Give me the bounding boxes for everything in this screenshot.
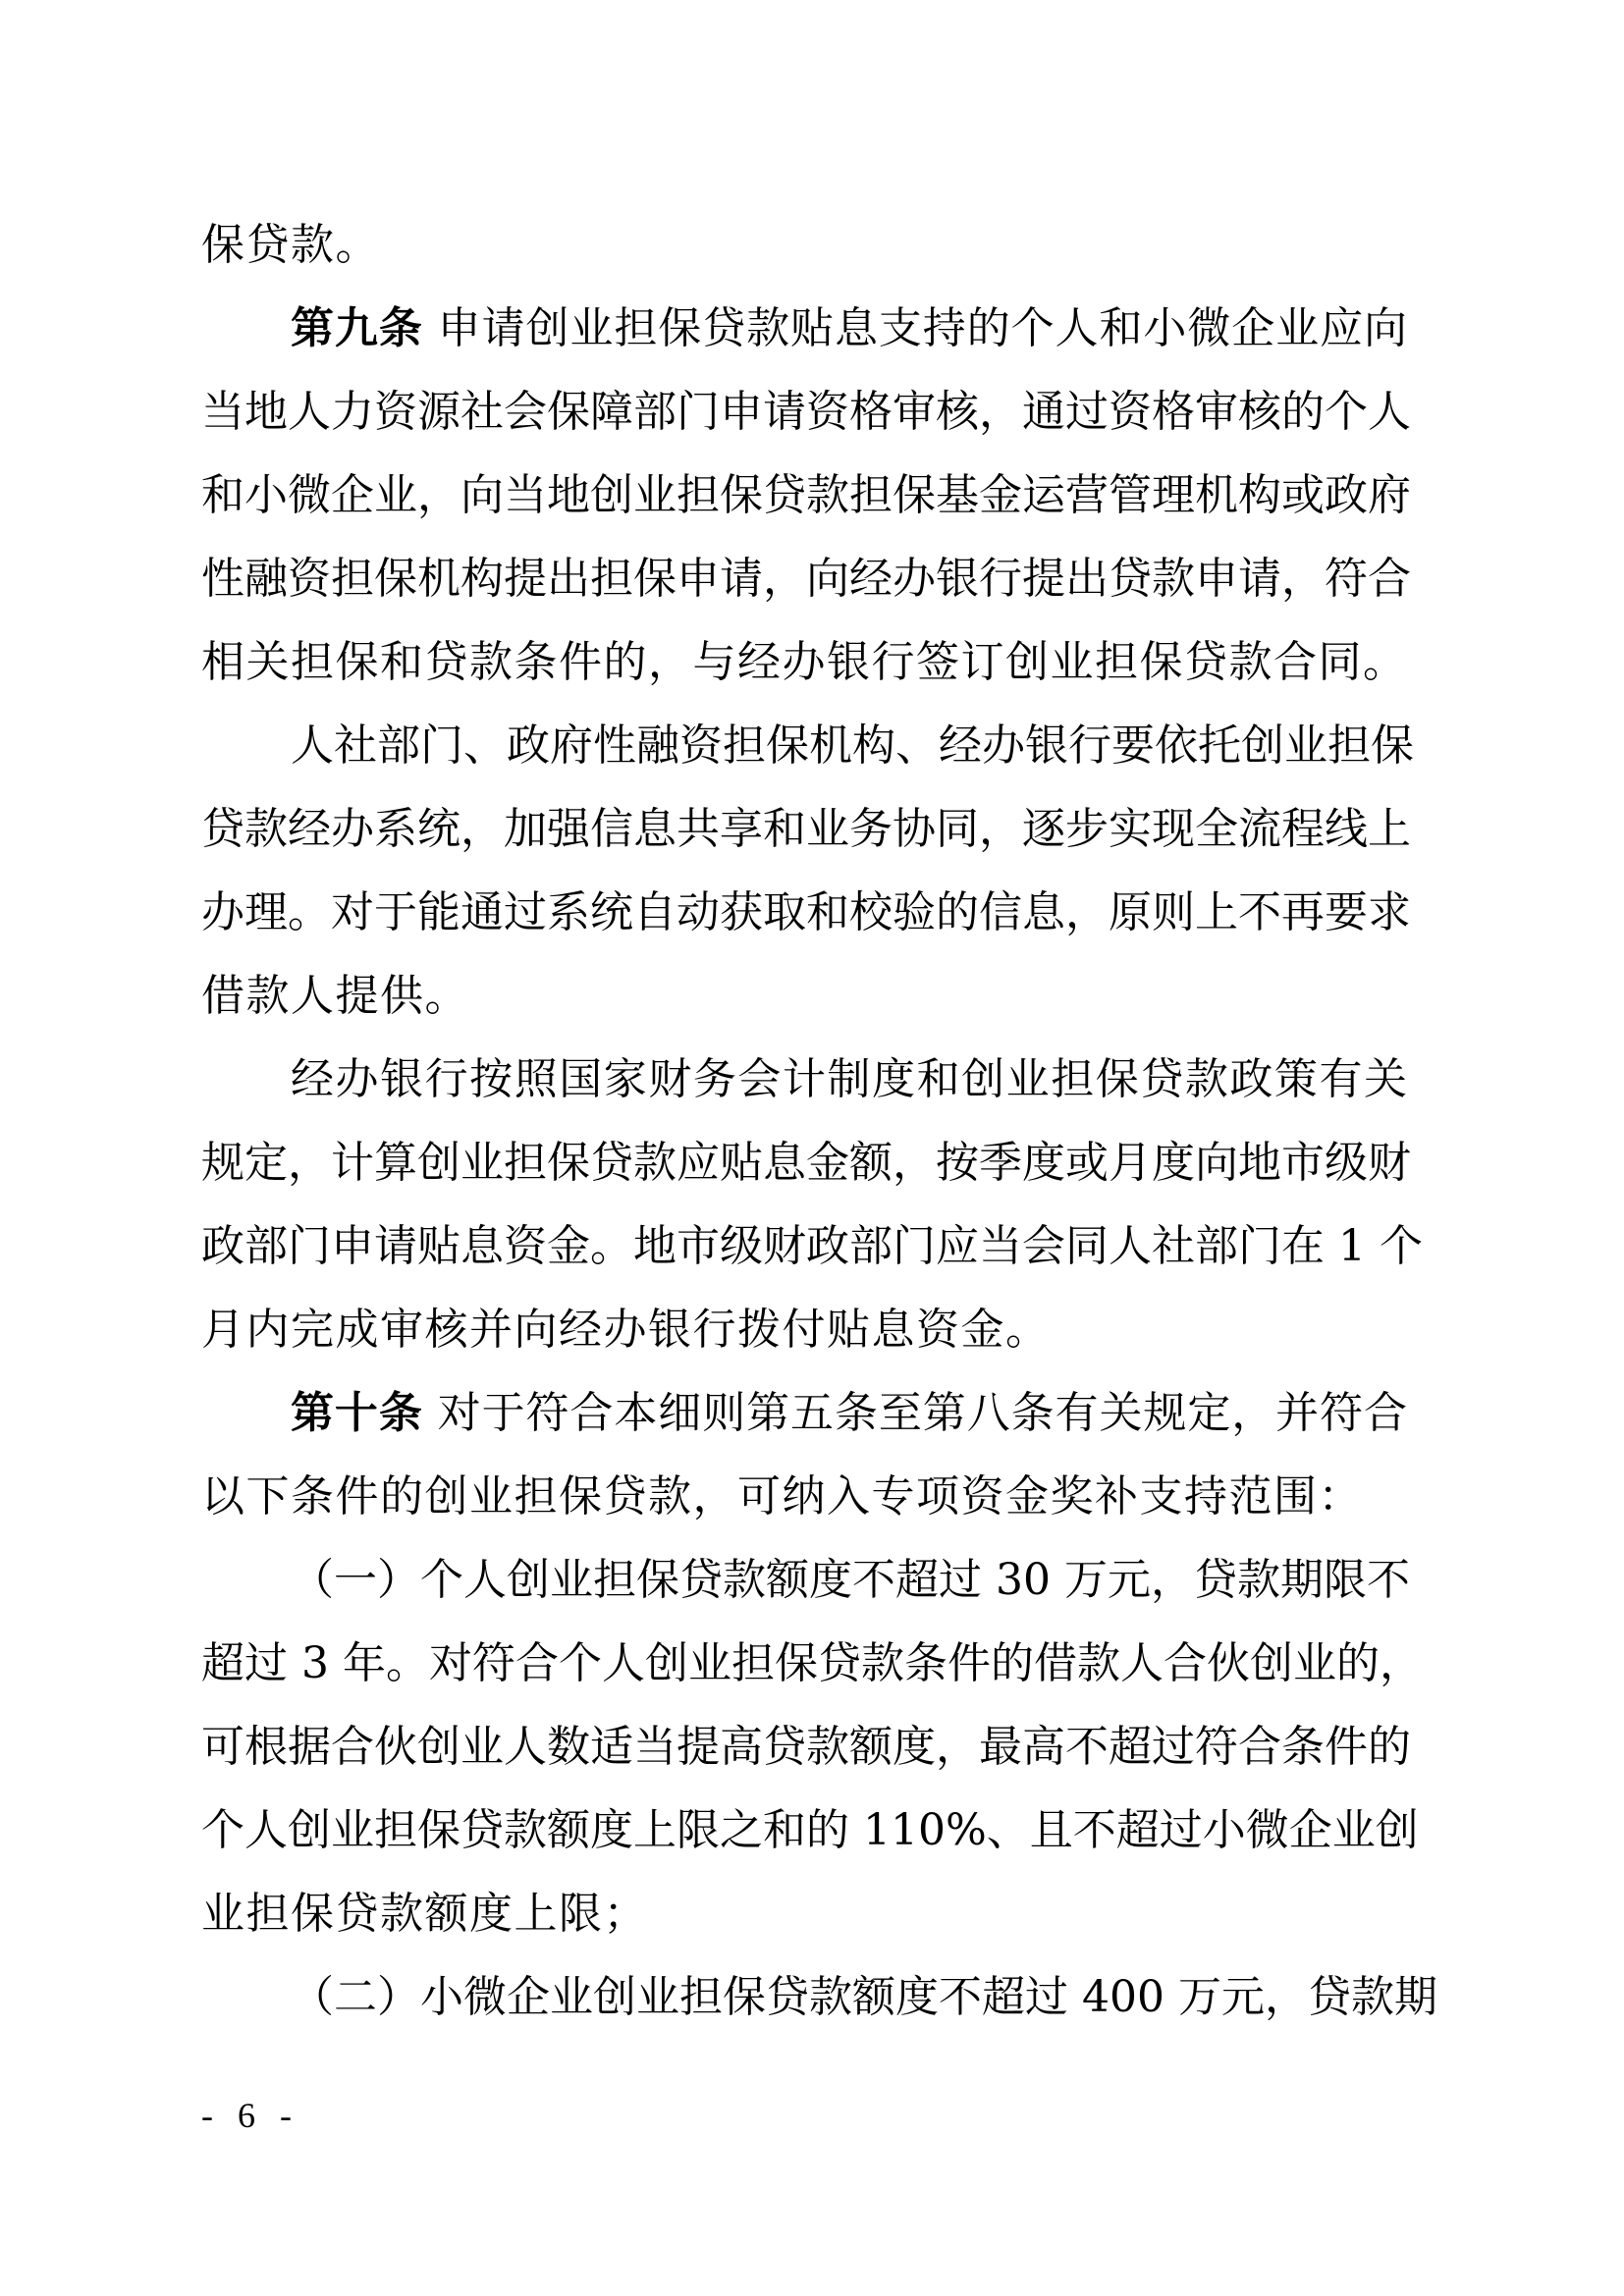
paragraph-line: 贷款经办系统，加强信息共享和业务协同，逐步实现全流程线上 xyxy=(201,800,1407,859)
paragraph-line: 当地人力资源社会保障部门申请资格审核，通过资格审核的个人 xyxy=(201,383,1407,442)
paragraph-line: 和小微企业，向当地创业担保贷款担保基金运营管理机构或政府 xyxy=(201,466,1407,525)
paragraph-line: 月内完成审核并向经办银行拨付贴息资金。 xyxy=(201,1301,1407,1360)
article-heading: 第九条 xyxy=(291,303,423,353)
list-item-line: （一）个人创业担保贷款额度不超过 30 万元，贷款期限不 xyxy=(291,1551,1407,1610)
paragraph-line: 超过 3 年。对符合个人创业担保贷款条件的借款人合伙创业的， xyxy=(201,1634,1407,1693)
paragraph-line: 业担保贷款额度上限； xyxy=(201,1885,1407,1944)
list-item-line: （二）小微企业创业担保贷款额度不超过 400 万元，贷款期 xyxy=(291,1968,1407,2027)
paragraph-text: 申请创业担保贷款贴息支持的个人和小微企业应向 xyxy=(423,303,1407,353)
article-10-line: 第十条 对于符合本细则第五条至第八条有关规定，并符合 xyxy=(291,1384,1407,1443)
paragraph-line: 办理。对于能通过系统自动获取和校验的信息，原则上不再要求 xyxy=(201,883,1407,942)
paragraph-text: 对于符合本细则第五条至第八条有关规定，并符合 xyxy=(423,1388,1407,1438)
article-9-line: 第九条 申请创业担保贷款贴息支持的个人和小微企业应向 xyxy=(291,299,1407,358)
article-heading: 第十条 xyxy=(291,1388,423,1438)
paragraph-line: 经办银行按照国家财务会计制度和创业担保贷款政策有关 xyxy=(291,1050,1407,1109)
paragraph-line: 相关担保和贷款条件的，与经办银行签订创业担保贷款合同。 xyxy=(201,633,1407,692)
paragraph-line: 性融资担保机构提出担保申请，向经办银行提出贷款申请，符合 xyxy=(201,550,1407,609)
paragraph-line: 借款人提供。 xyxy=(201,967,1407,1026)
paragraph-line: 可根据合伙创业人数适当提高贷款额度，最高不超过符合条件的 xyxy=(201,1718,1407,1777)
paragraph-line: 以下条件的创业担保贷款，可纳入专项资金奖补支持范围： xyxy=(201,1468,1407,1526)
paragraph-line: 政部门申请贴息资金。地市级财政部门应当会同人社部门在 1 个 xyxy=(201,1217,1407,1276)
page-number: - 6 - xyxy=(201,2091,299,2140)
document-page: 保贷款。 第九条 申请创业担保贷款贴息支持的个人和小微企业应向 当地人力资源社会… xyxy=(0,0,1624,2296)
paragraph-line: 保贷款。 xyxy=(201,216,1407,275)
paragraph-line: 规定，计算创业担保贷款应贴息金额，按季度或月度向地市级财 xyxy=(201,1134,1407,1193)
paragraph-line: 个人创业担保贷款额度上限之和的 110%、且不超过小微企业创 xyxy=(201,1801,1407,1860)
paragraph-line: 人社部门、政府性融资担保机构、经办银行要依托创业担保 xyxy=(291,717,1407,775)
